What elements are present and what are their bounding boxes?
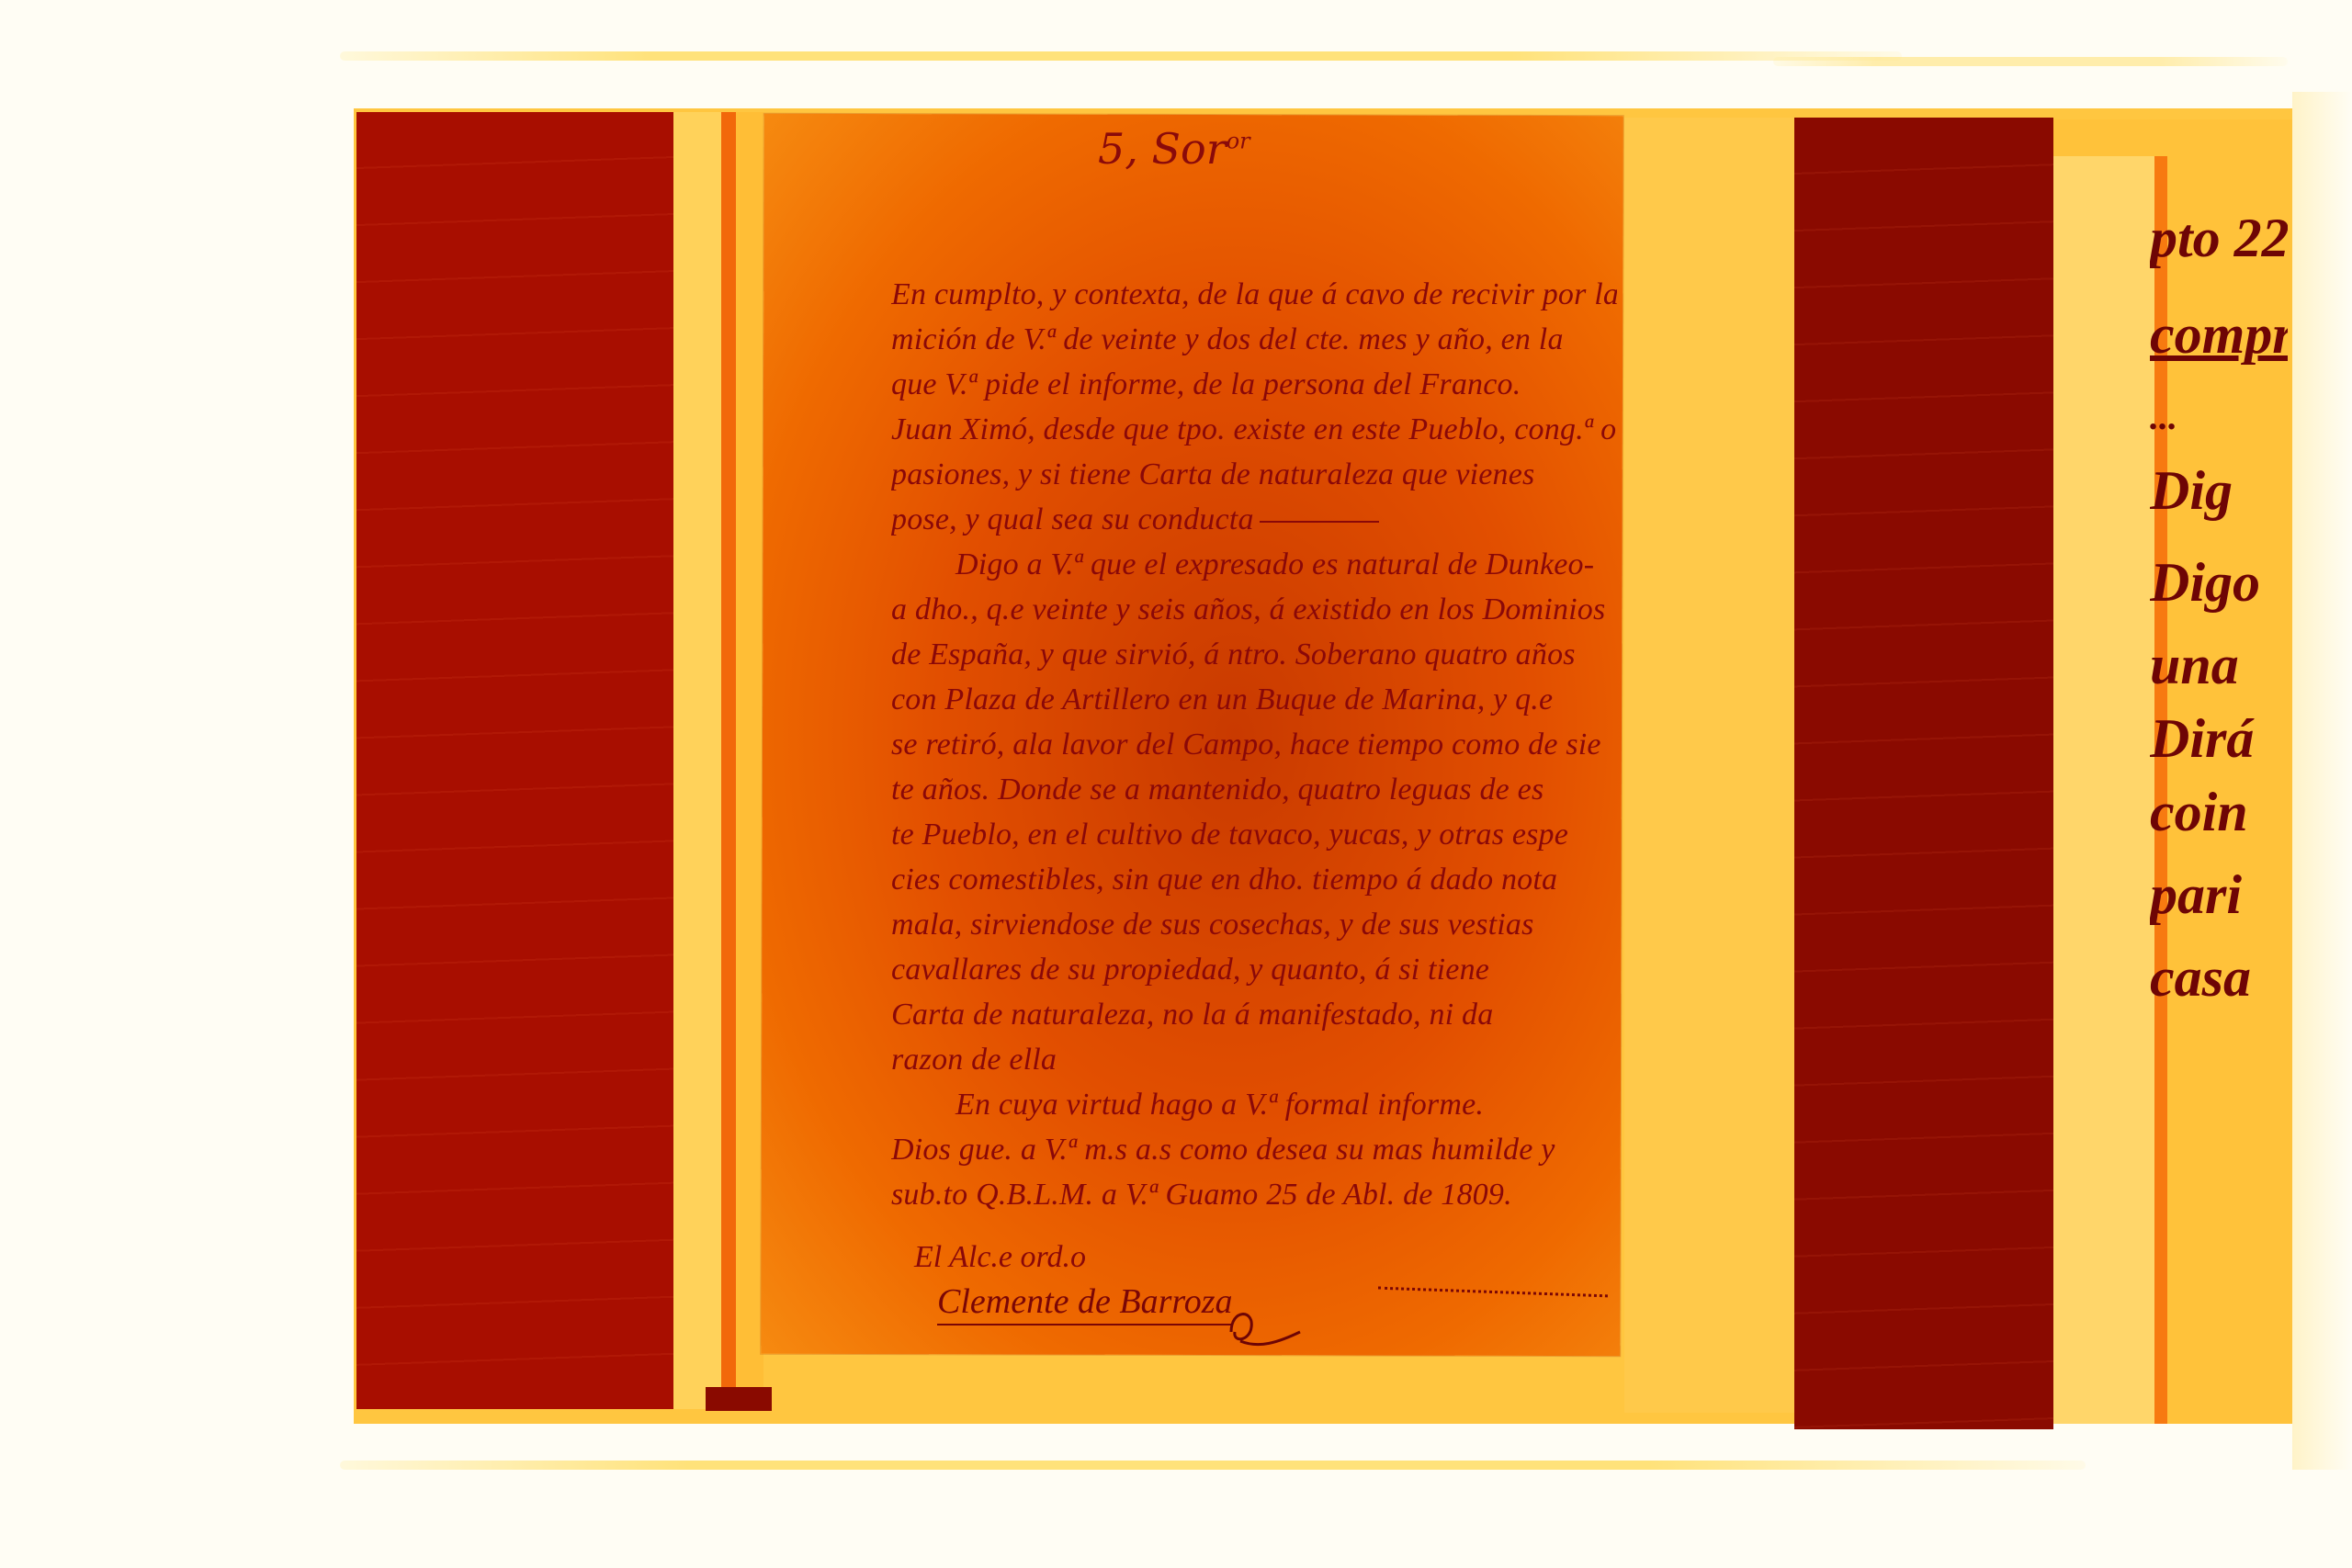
body-line: te años. Donde se a mantenido, quatro le… — [891, 767, 1617, 812]
right-fragment: compr — [2150, 303, 2288, 367]
frame-edge-top-right — [1773, 57, 2288, 66]
body-line: te Pueblo, en el cultivo de tavaco, yuca… — [891, 812, 1617, 857]
right-fragment: pari — [2150, 863, 2288, 927]
right-dark-panel — [1794, 118, 2053, 1429]
body-line: mición de V.ª de veinte y dos del cte. m… — [891, 317, 1617, 362]
right-fragment: pto 22 — [2150, 207, 2288, 270]
body-line: Carta de naturaleza, no la á manifestado… — [891, 992, 1617, 1037]
body-line: cavallares de su propiedad, y quanto, á … — [891, 947, 1617, 992]
left-paper-strip — [673, 112, 721, 1409]
body-line: sub.to Q.B.L.M. a V.ª Guamo 25 de Abl. d… — [891, 1172, 1617, 1217]
middle-paper-strip — [1624, 118, 1794, 1413]
line-flourish — [1260, 521, 1379, 523]
folio-mark: 5, Soror — [1098, 124, 1250, 174]
body-line: que V.ª pide el informe, de la persona d… — [891, 362, 1617, 407]
right-fragment: una — [2150, 634, 2288, 697]
body-line: pose, y qual sea su conducta — [891, 497, 1617, 542]
body-line: Dios gue. a V.ª m.s a.s como desea su ma… — [891, 1127, 1617, 1172]
signature: Clemente de Barroza — [937, 1281, 1233, 1325]
left-dark-panel — [356, 112, 673, 1409]
right-fragment: ... — [2150, 395, 2288, 438]
left-paper-margin — [736, 112, 763, 1409]
body-line: con Plaza de Artillero en un Buque de Ma… — [891, 677, 1617, 722]
frame-edge-bottom — [340, 1461, 2086, 1470]
body-line: Juan Ximó, desde que tpo. existe en este… — [891, 407, 1617, 452]
right-overexposed-edge — [2292, 92, 2352, 1470]
body-line: cies comestibles, sin que en dho. tiempo… — [891, 857, 1617, 902]
body-line: a dho., q.e veinte y seis años, á existi… — [891, 587, 1617, 632]
right-fragment: Dirá — [2150, 707, 2288, 771]
left-binding-strip — [721, 112, 736, 1409]
frame-edge-top — [340, 51, 1902, 61]
body-line: En cuya virtud hago a V.ª formal informe… — [891, 1082, 1617, 1127]
body-line: Digo a V.ª que el expresado es natural d… — [891, 542, 1617, 587]
right-fragment: Dig — [2150, 459, 2288, 523]
right-fragment: casa — [2150, 946, 2288, 1010]
rubric-flourish-icon — [1222, 1304, 1305, 1350]
closing-title: El Alc.e ord.o — [914, 1240, 1086, 1275]
body-line: razon de ella — [891, 1037, 1617, 1082]
right-fragment: Digo — [2150, 551, 2288, 615]
binding-clip — [706, 1387, 772, 1411]
right-fragment: coin — [2150, 781, 2288, 844]
body-line: de España, y que sirvió, á ntro. Soberan… — [891, 632, 1617, 677]
manuscript-body: En cumplto, y contexta, de la que á cavo… — [891, 272, 1617, 1217]
body-line: mala, sirviendose de sus cosechas, y de … — [891, 902, 1617, 947]
body-line: pasiones, y si tiene Carta de naturaleza… — [891, 452, 1617, 497]
body-line: En cumplto, y contexta, de la que á cavo… — [891, 272, 1617, 317]
body-line: se retiró, ala lavor del Campo, hace tie… — [891, 722, 1617, 767]
